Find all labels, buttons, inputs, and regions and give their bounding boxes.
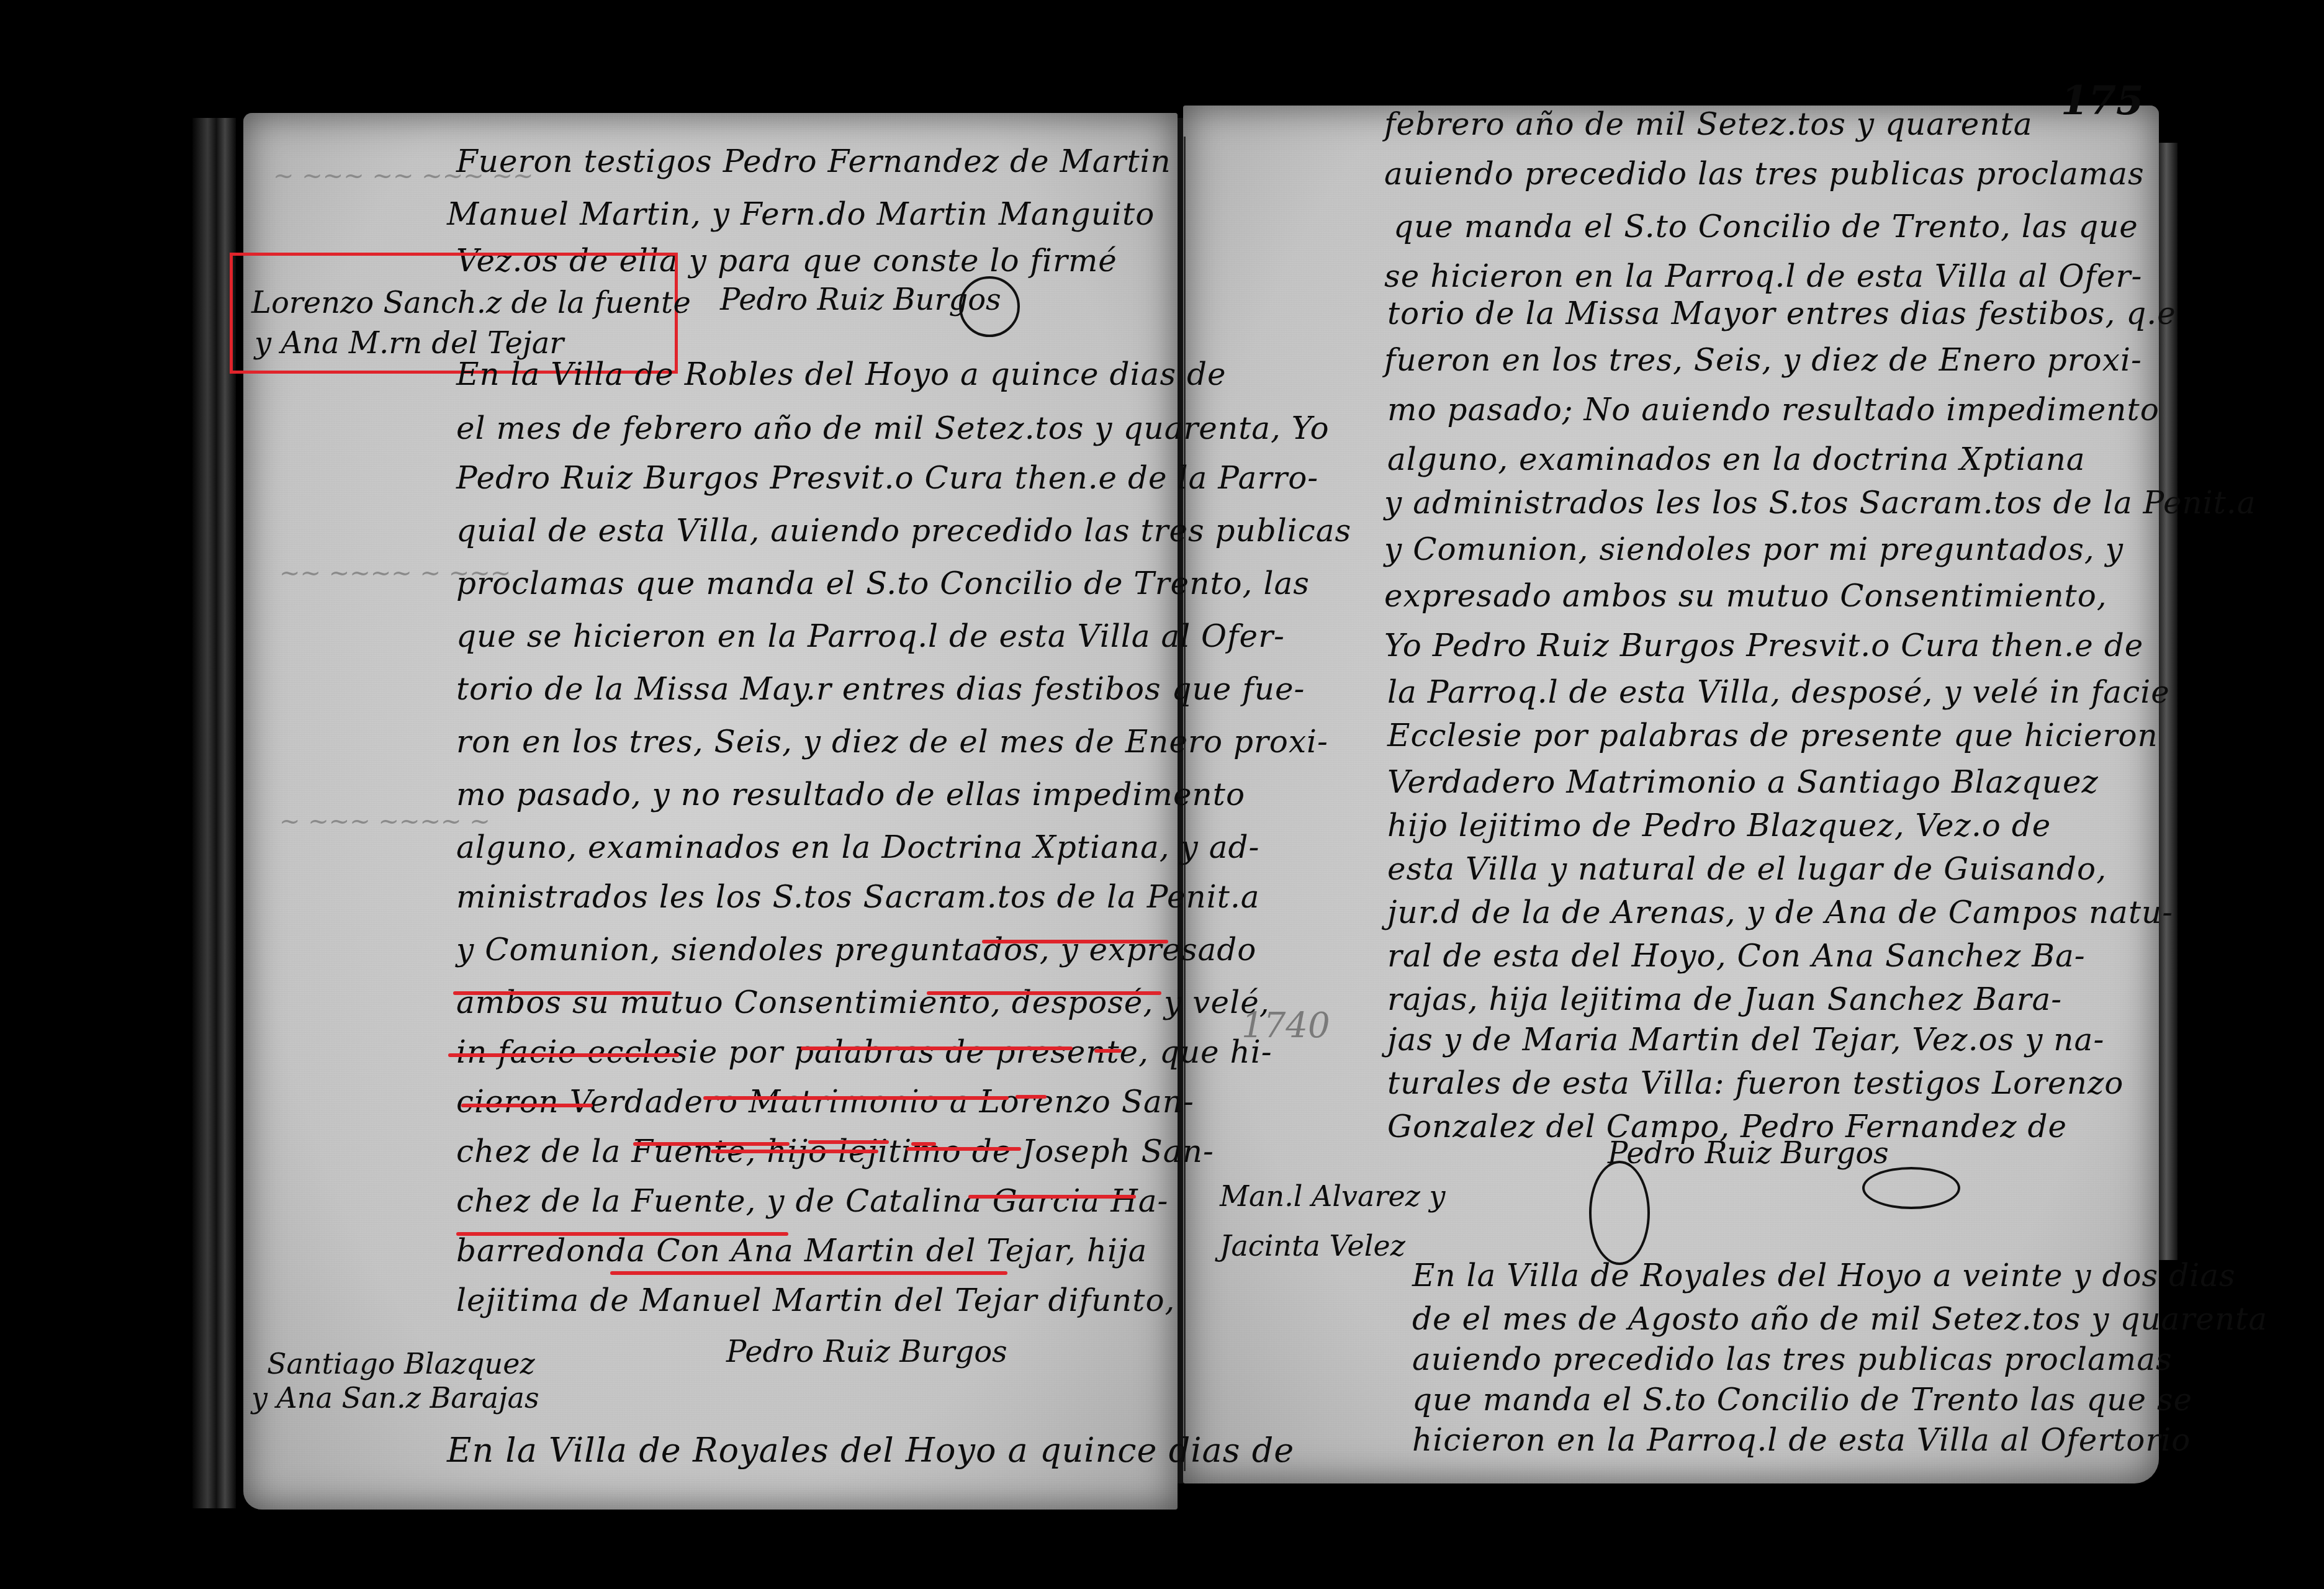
right-next-entry-line: hicieron en la Parroq.l de esta Villa al…	[1412, 1425, 2191, 1456]
name-underline	[461, 1104, 593, 1107]
left-entry-line: alguno, examinados en la Doctrina Xptian…	[456, 832, 1259, 863]
left-entry-line: lejitima de Manuel Martin del Tejar difu…	[456, 1285, 1175, 1316]
left-entry-signature: Pedro Ruiz Burgos	[726, 1335, 1007, 1369]
right-line: alguno, examinados en la doctrina Xptian…	[1387, 444, 2086, 475]
right-line: y administrados les los S.tos Sacram.tos…	[1384, 487, 2256, 518]
left-entry-line: ministrados les los S.tos Sacram.tos de …	[456, 881, 1260, 912]
bottom-margin-note-line-1: Santiago Blazquez	[267, 1347, 535, 1380]
right-line: jur.d de la de Arenas, y de Ana de Campo…	[1387, 897, 2173, 928]
right-next-entry-line: de el mes de Agosto año de mil Setez.tos…	[1412, 1303, 2268, 1335]
name-underline	[911, 1142, 936, 1146]
name-underline	[711, 1150, 878, 1153]
left-entry-line: barredonda Con Ana Martin del Tejar, hij…	[456, 1235, 1147, 1266]
right-signature: Pedro Ruiz Burgos	[1608, 1136, 1889, 1171]
right-line: torio de la Missa Mayor entres dias fest…	[1387, 298, 2176, 329]
left-entry-line: mo pasado, y no resultado de ellas imped…	[456, 779, 1245, 810]
name-underline	[703, 1096, 1009, 1100]
name-underline	[808, 1140, 889, 1144]
right-line: se hicieron en la Parroq.l de esta Villa…	[1384, 261, 2142, 292]
left-entry-line: el mes de febrero año de mil Setez.tos y…	[456, 413, 1330, 444]
right-line: rajas, hija lejitima de Juan Sanchez Bar…	[1387, 984, 2062, 1015]
right-line: mo pasado; No auiendo resultado impedime…	[1387, 394, 2160, 425]
left-next-entry-line: En la Villa de Royales del Hoyo a quince…	[447, 1434, 1294, 1467]
name-underline	[633, 1142, 790, 1146]
left-top-line-1: Fueron testigos Pedro Fernandez de Marti…	[456, 146, 1171, 177]
margin-note-line-1: Lorenzo Sanch.z de la fuente	[251, 286, 691, 320]
right-line: expresado ambos su mutuo Consentimiento,	[1384, 580, 2107, 611]
right-margin-note-line-1: Man.l Alvarez y	[1220, 1179, 1446, 1213]
right-line: y Comunion, siendoles por mi preguntados…	[1384, 534, 2124, 565]
rubric-flourish	[959, 276, 1020, 337]
left-entry-line: proclamas que manda el S.to Concilio de …	[456, 568, 1310, 599]
name-underline	[801, 1047, 1073, 1050]
name-underline	[927, 991, 1161, 995]
right-line: ral de esta del Hoyo, Con Ana Sanchez Ba…	[1387, 940, 2086, 971]
right-line: fueron en los tres, Seis, y diez de Ener…	[1384, 344, 2142, 376]
name-underline	[1016, 1095, 1047, 1099]
left-entry-line: que se hicieron en la Parroq.l de esta V…	[456, 621, 1285, 652]
right-margin-note-line-2: Jacinta Velez	[1220, 1229, 1405, 1263]
rubric-flourish	[1589, 1161, 1650, 1265]
right-line: jas y de Maria Martin del Tejar, Vez.os …	[1387, 1024, 2104, 1055]
left-entry-line: quial de esta Villa, auiendo precedido l…	[456, 515, 1351, 546]
right-line: la Parroq.l de esta Villa, desposé, y ve…	[1387, 677, 2170, 708]
left-entry-line: chez de la Fuente, y de Catalina Garcia …	[456, 1186, 1169, 1217]
name-underline	[906, 1147, 1021, 1151]
right-line: Verdadero Matrimonio a Santiago Blazquez	[1387, 767, 2099, 798]
right-line: esta Villa y natural de el lugar de Guis…	[1387, 853, 2107, 885]
right-line: turales de esta Villa: fueron testigos L…	[1387, 1068, 2124, 1099]
left-entry-line: ron en los tres, Seis, y diez de el mes …	[456, 726, 1328, 757]
bottom-margin-note-line-2: y Ana San.z Barajas	[251, 1381, 539, 1415]
left-entry-line: cieron Verdadero Matrimonio a Lorenzo Sa…	[456, 1086, 1194, 1117]
folio-number: 175	[2061, 78, 2144, 124]
name-underline	[610, 1271, 1007, 1275]
right-next-entry-line: que manda el S.to Concilio de Trento las…	[1412, 1384, 2192, 1415]
left-entry-line: y Comunion, siendoles preguntados, y exp…	[456, 934, 1256, 965]
margin-note-line-2: y Ana M.rn del Tejar	[254, 326, 564, 361]
name-underline	[456, 1232, 788, 1236]
left-top-line-2: Manuel Martin, y Fern.do Martin Manguito	[447, 199, 1155, 230]
right-line: auiendo precedido las tres publicas proc…	[1384, 158, 2145, 189]
name-underline	[982, 940, 1168, 943]
rubric-flourish	[1862, 1167, 1960, 1209]
right-line: Ecclesie por palabras de presente que hi…	[1387, 720, 2158, 751]
name-underline	[968, 1195, 1136, 1199]
left-entry-line: in facie ecclesie por palabras de presen…	[456, 1037, 1272, 1068]
right-line: Yo Pedro Ruiz Burgos Presvit.o Cura then…	[1384, 630, 2143, 661]
left-entry-line: torio de la Missa May.r entres dias fest…	[456, 673, 1305, 704]
name-underline	[453, 991, 672, 995]
right-next-entry-line: auiendo precedido las tres publicas proc…	[1412, 1344, 2173, 1375]
name-underline	[448, 1053, 679, 1057]
name-underline	[1094, 1049, 1122, 1053]
right-line: febrero año de mil Setez.tos y quarenta	[1384, 109, 2033, 140]
left-entry-line: Pedro Ruiz Burgos Presvit.o Cura then.e …	[456, 462, 1318, 493]
right-next-entry-line: En la Villa de Royales del Hoyo a veinte…	[1412, 1260, 2236, 1291]
right-line: hijo lejitimo de Pedro Blazquez, Vez.o d…	[1387, 810, 2051, 841]
right-line: que manda el S.to Concilio de Trento, la…	[1394, 211, 2138, 242]
left-entry-line: En la Villa de Robles del Hoyo a quince …	[456, 359, 1227, 390]
